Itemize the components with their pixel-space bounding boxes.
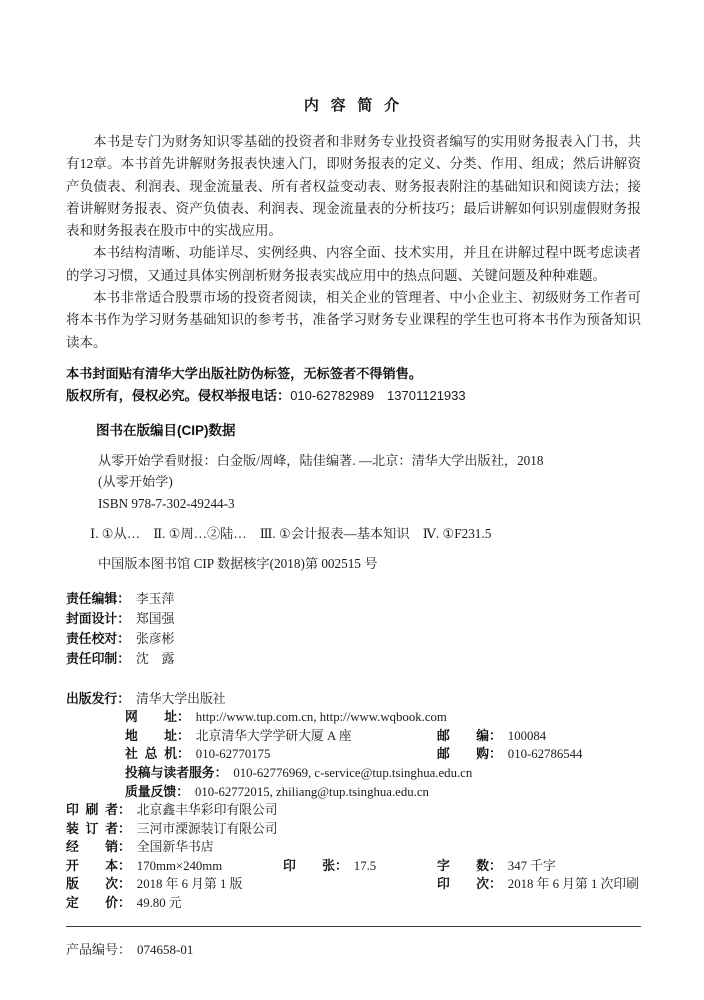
- colon: ：: [117, 631, 130, 646]
- postcode-value: 100084: [502, 729, 546, 743]
- price-row: 定价：49.80 元: [66, 894, 641, 913]
- product-number-value: 074658-01: [131, 942, 193, 957]
- colon: ：: [177, 709, 190, 724]
- word-count-label: 字数：: [437, 858, 502, 873]
- price-value: 49.80 元: [131, 896, 182, 910]
- switchboard-phone: 010-62770175: [190, 747, 271, 761]
- reader-service-row: 投稿与读者服务：010-62776969, c-service@tup.tsin…: [66, 764, 641, 783]
- postcode-cell: 邮编：100084: [437, 727, 546, 746]
- switchboard-label: 社总机：: [125, 746, 190, 761]
- price-label: 定价：: [66, 895, 131, 910]
- colon: ：: [117, 611, 130, 626]
- sheets-value: 17.5: [348, 859, 376, 873]
- colon: ：: [176, 784, 189, 799]
- printer-name: 北京鑫丰华彩印有限公司: [131, 803, 278, 817]
- page-title: 内 容 简 介: [66, 94, 641, 115]
- publisher-name: 清华大学出版社: [130, 692, 226, 706]
- impression-label: 印次：: [437, 876, 502, 891]
- colon: ：: [335, 858, 348, 873]
- sheets-cell: 印张：17.5: [283, 857, 376, 876]
- edition-label: 版次：: [66, 876, 131, 891]
- impression-cell: 印次：2018 年 6 月第 1 次印刷: [437, 875, 639, 894]
- quality-feedback-label: 质量反馈：: [125, 784, 189, 799]
- colon: ：: [117, 691, 130, 706]
- website-label: 网址：: [125, 709, 190, 724]
- mail-order-label: 邮购：: [437, 746, 502, 761]
- anti-piracy-line: 本书封面贴有清华大学出版社防伪标签，无标签者不得销售。: [66, 363, 641, 385]
- cip-isbn: ISBN 978-7-302-49244-3: [98, 493, 641, 515]
- colon: ：: [118, 821, 131, 836]
- publication-info: 出版发行：清华大学出版社 网址：http://www.tup.com.cn, h…: [66, 690, 641, 913]
- colon: ：: [177, 728, 190, 743]
- colon: ：: [118, 858, 131, 873]
- switchboard-row: 社总机：010-62770175邮购：010-62786544: [66, 745, 641, 764]
- credit-name: 张彦彬: [130, 632, 174, 646]
- colon: ：: [118, 802, 131, 817]
- distributor-label: 经销：: [66, 839, 131, 854]
- edition-row: 版次：2018 年 6 月第 1 版印次：2018 年 6 月第 1 次印刷: [66, 875, 641, 894]
- distributor-name: 全国新华书店: [131, 840, 214, 854]
- content-summary: 本书是专门为财务知识零基础的投资者和非财务专业投资者编写的实用财务报表入门书，共…: [66, 131, 641, 354]
- colon: ：: [117, 591, 130, 606]
- cip-series-line: (从零开始学): [98, 471, 641, 493]
- distributor-row: 经销：全国新华书店: [66, 838, 641, 857]
- staff-credits: 责任编辑：李玉萍 封面设计：郑国强 责任校对：张彦彬 责任印制：沈 露: [66, 589, 641, 669]
- copyright-notice: 本书封面贴有清华大学出版社防伪标签，无标签者不得销售。 版权所有，侵权必究。侵权…: [66, 363, 641, 408]
- intro-paragraph-3: 本书非常适合股票市场的投资者阅读，相关企业的管理者、中小企业主、初级财务工作者可…: [66, 287, 641, 354]
- product-number-label: 产品编号: [66, 942, 118, 957]
- credit-label: 封面设计: [66, 611, 117, 626]
- publisher-row: 出版发行：清华大学出版社: [66, 690, 641, 709]
- website-urls: http://www.tup.com.cn, http://www.wqbook…: [190, 710, 447, 724]
- colon: ：: [215, 765, 228, 780]
- credit-label: 责任编辑: [66, 591, 117, 606]
- colon: ：: [118, 942, 131, 957]
- credit-name: 沈 露: [130, 652, 174, 666]
- sheets-label: 印张：: [283, 858, 348, 873]
- credit-row-editor: 责任编辑：李玉萍: [66, 589, 641, 609]
- reader-service-label: 投稿与读者服务：: [125, 765, 227, 780]
- cip-heading: 图书在版编目(CIP)数据: [96, 419, 641, 439]
- colon: ：: [118, 876, 131, 891]
- book-copyright-page: 内 容 简 介 本书是专门为财务知识零基础的投资者和非财务专业投资者编写的实用财…: [0, 0, 704, 1000]
- printer-row: 印刷者：北京鑫丰华彩印有限公司: [66, 801, 641, 820]
- credit-label: 责任印制: [66, 651, 117, 666]
- product-number-row: 产品编号：074658-01: [66, 939, 641, 958]
- cip-data-block: 图书在版编目(CIP)数据 从零开始学看财报：白金版/周峰，陆佳编著. —北京：…: [66, 419, 641, 575]
- colon: ：: [117, 651, 130, 666]
- edition-value: 2018 年 6 月第 1 版: [131, 877, 243, 891]
- intro-paragraph-1: 本书是专门为财务知识零基础的投资者和非财务专业投资者编写的实用财务报表入门书，共…: [66, 131, 641, 242]
- cip-title-line: 从零开始学看财报：白金版/周峰，陆佳编著. —北京：清华大学出版社，2018: [98, 450, 641, 472]
- reader-service-contact: 010-62776969, c-service@tup.tsinghua.edu…: [227, 766, 472, 780]
- report-phone-numbers: 010-62782989 13701121933: [290, 388, 465, 403]
- mail-order-phone: 010-62786544: [502, 747, 583, 761]
- quality-feedback-row: 质量反馈：010-62772015, zhiliang@tup.tsinghua…: [66, 783, 641, 802]
- infringement-line: 版权所有，侵权必究。侵权举报电话：010-62782989 1370112193…: [66, 385, 641, 407]
- credit-row-proofreader: 责任校对：张彦彬: [66, 629, 641, 649]
- quality-feedback-contact: 010-62772015, zhiliang@tup.tsinghua.edu.…: [189, 785, 429, 799]
- printer-label: 印刷者：: [66, 802, 131, 817]
- cip-classification: Ⅰ. ①从… Ⅱ. ①周…②陆… Ⅲ. ①会计报表—基本知识 Ⅳ. ①F231.…: [90, 523, 641, 545]
- binder-name: 三河市溧源装订有限公司: [131, 822, 278, 836]
- word-count-value: 347 千字: [502, 859, 556, 873]
- format-row: 开本：170mm×240mm印张：17.5字数：347 千字: [66, 857, 641, 876]
- format-label: 开本：: [66, 858, 131, 873]
- intro-paragraph-2: 本书结构清晰、功能详尽、实例经典、内容全面、技术实用，并且在讲解过程中既考虑读者…: [66, 242, 641, 287]
- postcode-label: 邮编：: [437, 728, 502, 743]
- divider: [66, 926, 641, 927]
- colon: ：: [118, 839, 131, 854]
- credit-label: 责任校对: [66, 631, 117, 646]
- mail-order-cell: 邮购：010-62786544: [437, 745, 582, 764]
- colon: ：: [177, 746, 190, 761]
- infringement-label: 版权所有，侵权必究。侵权举报电话：: [66, 388, 290, 403]
- colon: ：: [489, 728, 502, 743]
- credit-row-cover-design: 封面设计：郑国强: [66, 609, 641, 629]
- impression-value: 2018 年 6 月第 1 次印刷: [502, 877, 639, 891]
- colon: ：: [489, 876, 502, 891]
- address-row: 地址：北京清华大学学研大厦 A 座邮编：100084: [66, 727, 641, 746]
- credit-row-print-supervisor: 责任印制：沈 露: [66, 649, 641, 669]
- binder-label: 装订者：: [66, 821, 131, 836]
- publisher-label: 出版发行: [66, 691, 117, 706]
- colon: ：: [489, 746, 502, 761]
- website-row: 网址：http://www.tup.com.cn, http://www.wqb…: [66, 708, 641, 727]
- cip-record-number: 中国版本图书馆 CIP 数据核字(2018)第 002515 号: [98, 553, 641, 575]
- address-label: 地址：: [125, 728, 190, 743]
- credit-name: 郑国强: [130, 612, 174, 626]
- binder-row: 装订者：三河市溧源装订有限公司: [66, 820, 641, 839]
- credit-name: 李玉萍: [130, 592, 174, 606]
- address-value: 北京清华大学学研大厦 A 座: [190, 729, 352, 743]
- colon: ：: [118, 895, 131, 910]
- format-value: 170mm×240mm: [131, 859, 222, 873]
- colon: ：: [489, 858, 502, 873]
- word-count-cell: 字数：347 千字: [437, 857, 556, 876]
